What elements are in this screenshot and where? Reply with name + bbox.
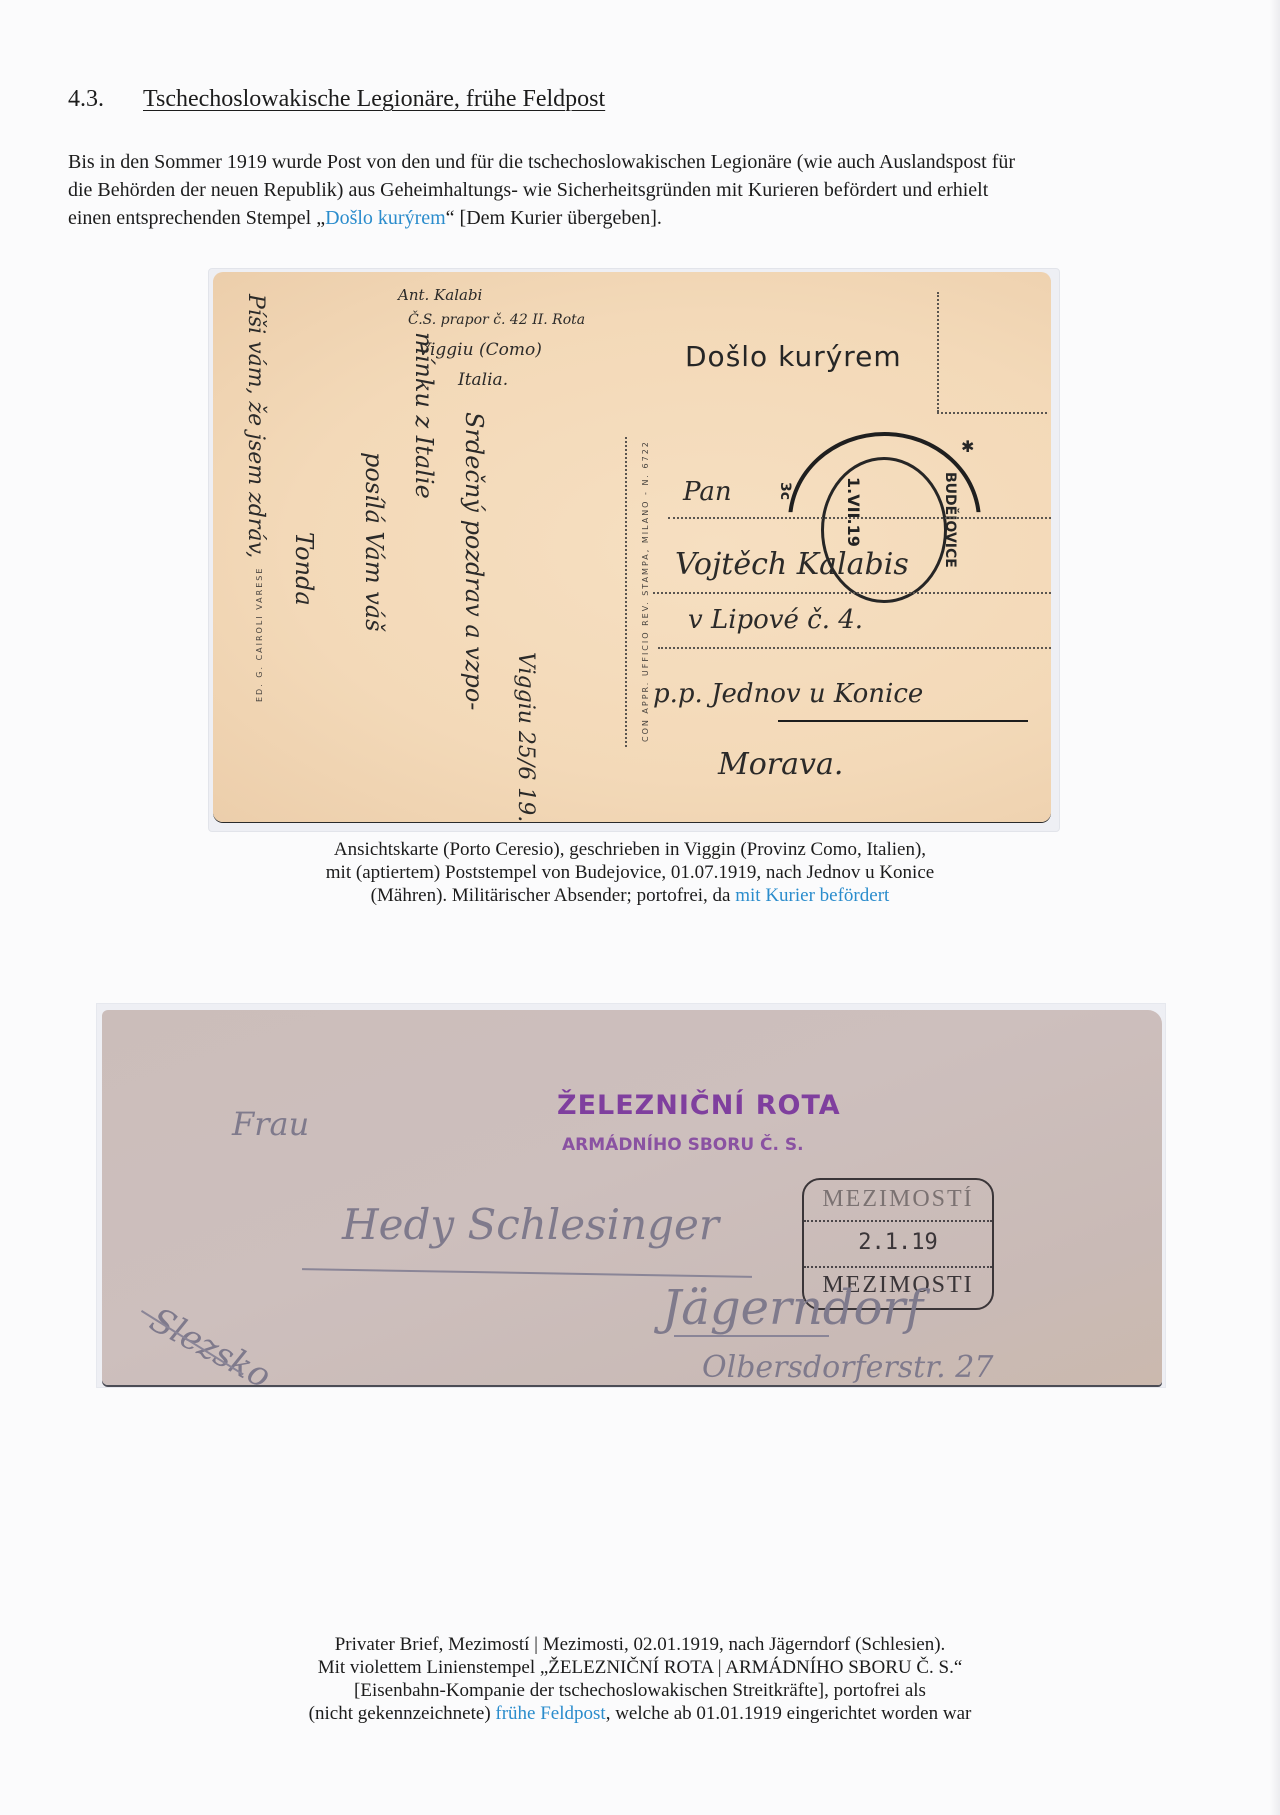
postmark-star-icon: ✱ [961, 437, 974, 456]
section-title: Tschechoslowakische Legionäre, frühe Fel… [143, 86, 605, 112]
address-street: Olbersdorferstr. 27 [702, 1350, 993, 1385]
stamp-box-vline [937, 292, 939, 412]
postcard-caption-line-2: mit (aptiertem) Poststempel von Budejovi… [240, 861, 1020, 884]
postmark-separator-top [804, 1220, 992, 1222]
recipient-underline [302, 1268, 752, 1278]
postcard-image: ED. G. CAIROLI VARESE CON APPR. UFFICIO … [213, 272, 1051, 822]
postmark-city: BUDĚJOVICE [942, 472, 958, 568]
address-line-3 [658, 647, 1051, 649]
sender-line-1: Ant. Kalabi [398, 286, 482, 304]
address-frau: Frau [232, 1105, 309, 1143]
envelope-caption-line-2: Mit violettem Linienstempel „ŽELEZNIČNÍ … [190, 1656, 1090, 1679]
courier-link[interactable]: mit Kurier befördert [735, 885, 889, 906]
sender-line-2: Č.S. prapor č. 42 II. Rota [408, 312, 585, 328]
intro-line-1: Bis in den Sommer 1919 wurde Post von de… [68, 148, 1228, 176]
feldpost-link[interactable]: frühe Feldpost [495, 1703, 605, 1724]
envelope-caption: Privater Brief, Mezimostí | Mezimosti, 0… [190, 1633, 1090, 1725]
intro-line-2: die Behörden der neuen Republik) aus Geh… [68, 176, 1228, 204]
address-salutation: Pan [683, 477, 732, 507]
address-underline [778, 720, 1028, 722]
doslo-kuryrem-link[interactable]: Došlo kurýrem [325, 207, 446, 229]
address-region: Slezsko [143, 1300, 277, 1397]
postcard-caption-line-1: Ansichtskarte (Porto Ceresio), geschrieb… [240, 838, 1020, 861]
envelope-caption-line-1: Privater Brief, Mezimostí | Mezimosti, 0… [190, 1633, 1090, 1656]
envelope-image: ŽELEZNIČNÍ ROTA ARMÁDNÍHO SBORU Č. S. Fr… [102, 1010, 1162, 1385]
message-line-a: Píši vám, že jsem zdráv, [243, 294, 268, 558]
city-underline [674, 1335, 829, 1337]
address-street: v Lipové č. 4. [688, 605, 863, 635]
printer-imprint-middle: CON APPR. UFFICIO REV. STAMPA, MILANO - … [641, 440, 650, 742]
violet-stamp-line-2: ARMÁDNÍHO SBORU Č. S. [562, 1135, 804, 1155]
message-line-b: posílá Vám váš [360, 452, 388, 631]
address-region: Morava. [718, 747, 843, 782]
postcard-caption-line-3: (Mähren). Militärischer Absender; portof… [240, 884, 1020, 907]
stamp-box-hline [937, 412, 1047, 414]
postmark-code: 3c [777, 482, 793, 500]
courier-stamp: Došlo kurýrem [685, 340, 902, 373]
violet-stamp-line-1: ŽELEZNIČNÍ ROTA [557, 1090, 841, 1121]
sender-line-4: Italia. [458, 370, 508, 390]
section-number: 4.3. [68, 86, 143, 113]
intro-paragraph: Bis in den Sommer 1919 wurde Post von de… [68, 148, 1228, 232]
divider-line [625, 437, 627, 747]
address-line-1 [668, 517, 1051, 519]
postmark-separator-bottom [804, 1266, 992, 1268]
envelope-caption-line-3: [Eisenbahn-Kompanie der tschechoslowakis… [190, 1679, 1090, 1702]
address-line-2 [653, 592, 1051, 594]
page-edge [1270, 0, 1280, 1815]
postcard-caption: Ansichtskarte (Porto Ceresio), geschrieb… [240, 838, 1020, 907]
section-heading: 4.3.Tschechoslowakische Legionäre, frühe… [68, 86, 605, 113]
postmark-date: 2.1.19 [804, 1230, 992, 1255]
address-recipient: Hedy Schlesinger [342, 1200, 719, 1249]
address-city: Jägerndorf [662, 1280, 923, 1336]
message-signature: Tonda [290, 532, 318, 606]
intro-line-3: einen entsprechenden Stempel „Došlo kurý… [68, 204, 1228, 232]
message-date: Viggiu 25/6 19. [513, 652, 538, 822]
address-name: Vojtěch Kalabis [675, 547, 909, 582]
postmark-top: MEZIMOSTÍ [804, 1186, 992, 1213]
postmark-date: 1.VII.19 [844, 477, 863, 547]
printer-imprint-left: ED. G. CAIROLI VARESE [255, 567, 264, 702]
envelope-caption-line-4: (nicht gekennzeichnete) frühe Feldpost, … [190, 1702, 1090, 1725]
address-town: p.p. Jednov u Konice [653, 679, 923, 709]
message-line-d: Srdečný pozdrav a vzpo- [460, 412, 488, 710]
sender-line-3: Viggiu (Como) [418, 340, 542, 360]
